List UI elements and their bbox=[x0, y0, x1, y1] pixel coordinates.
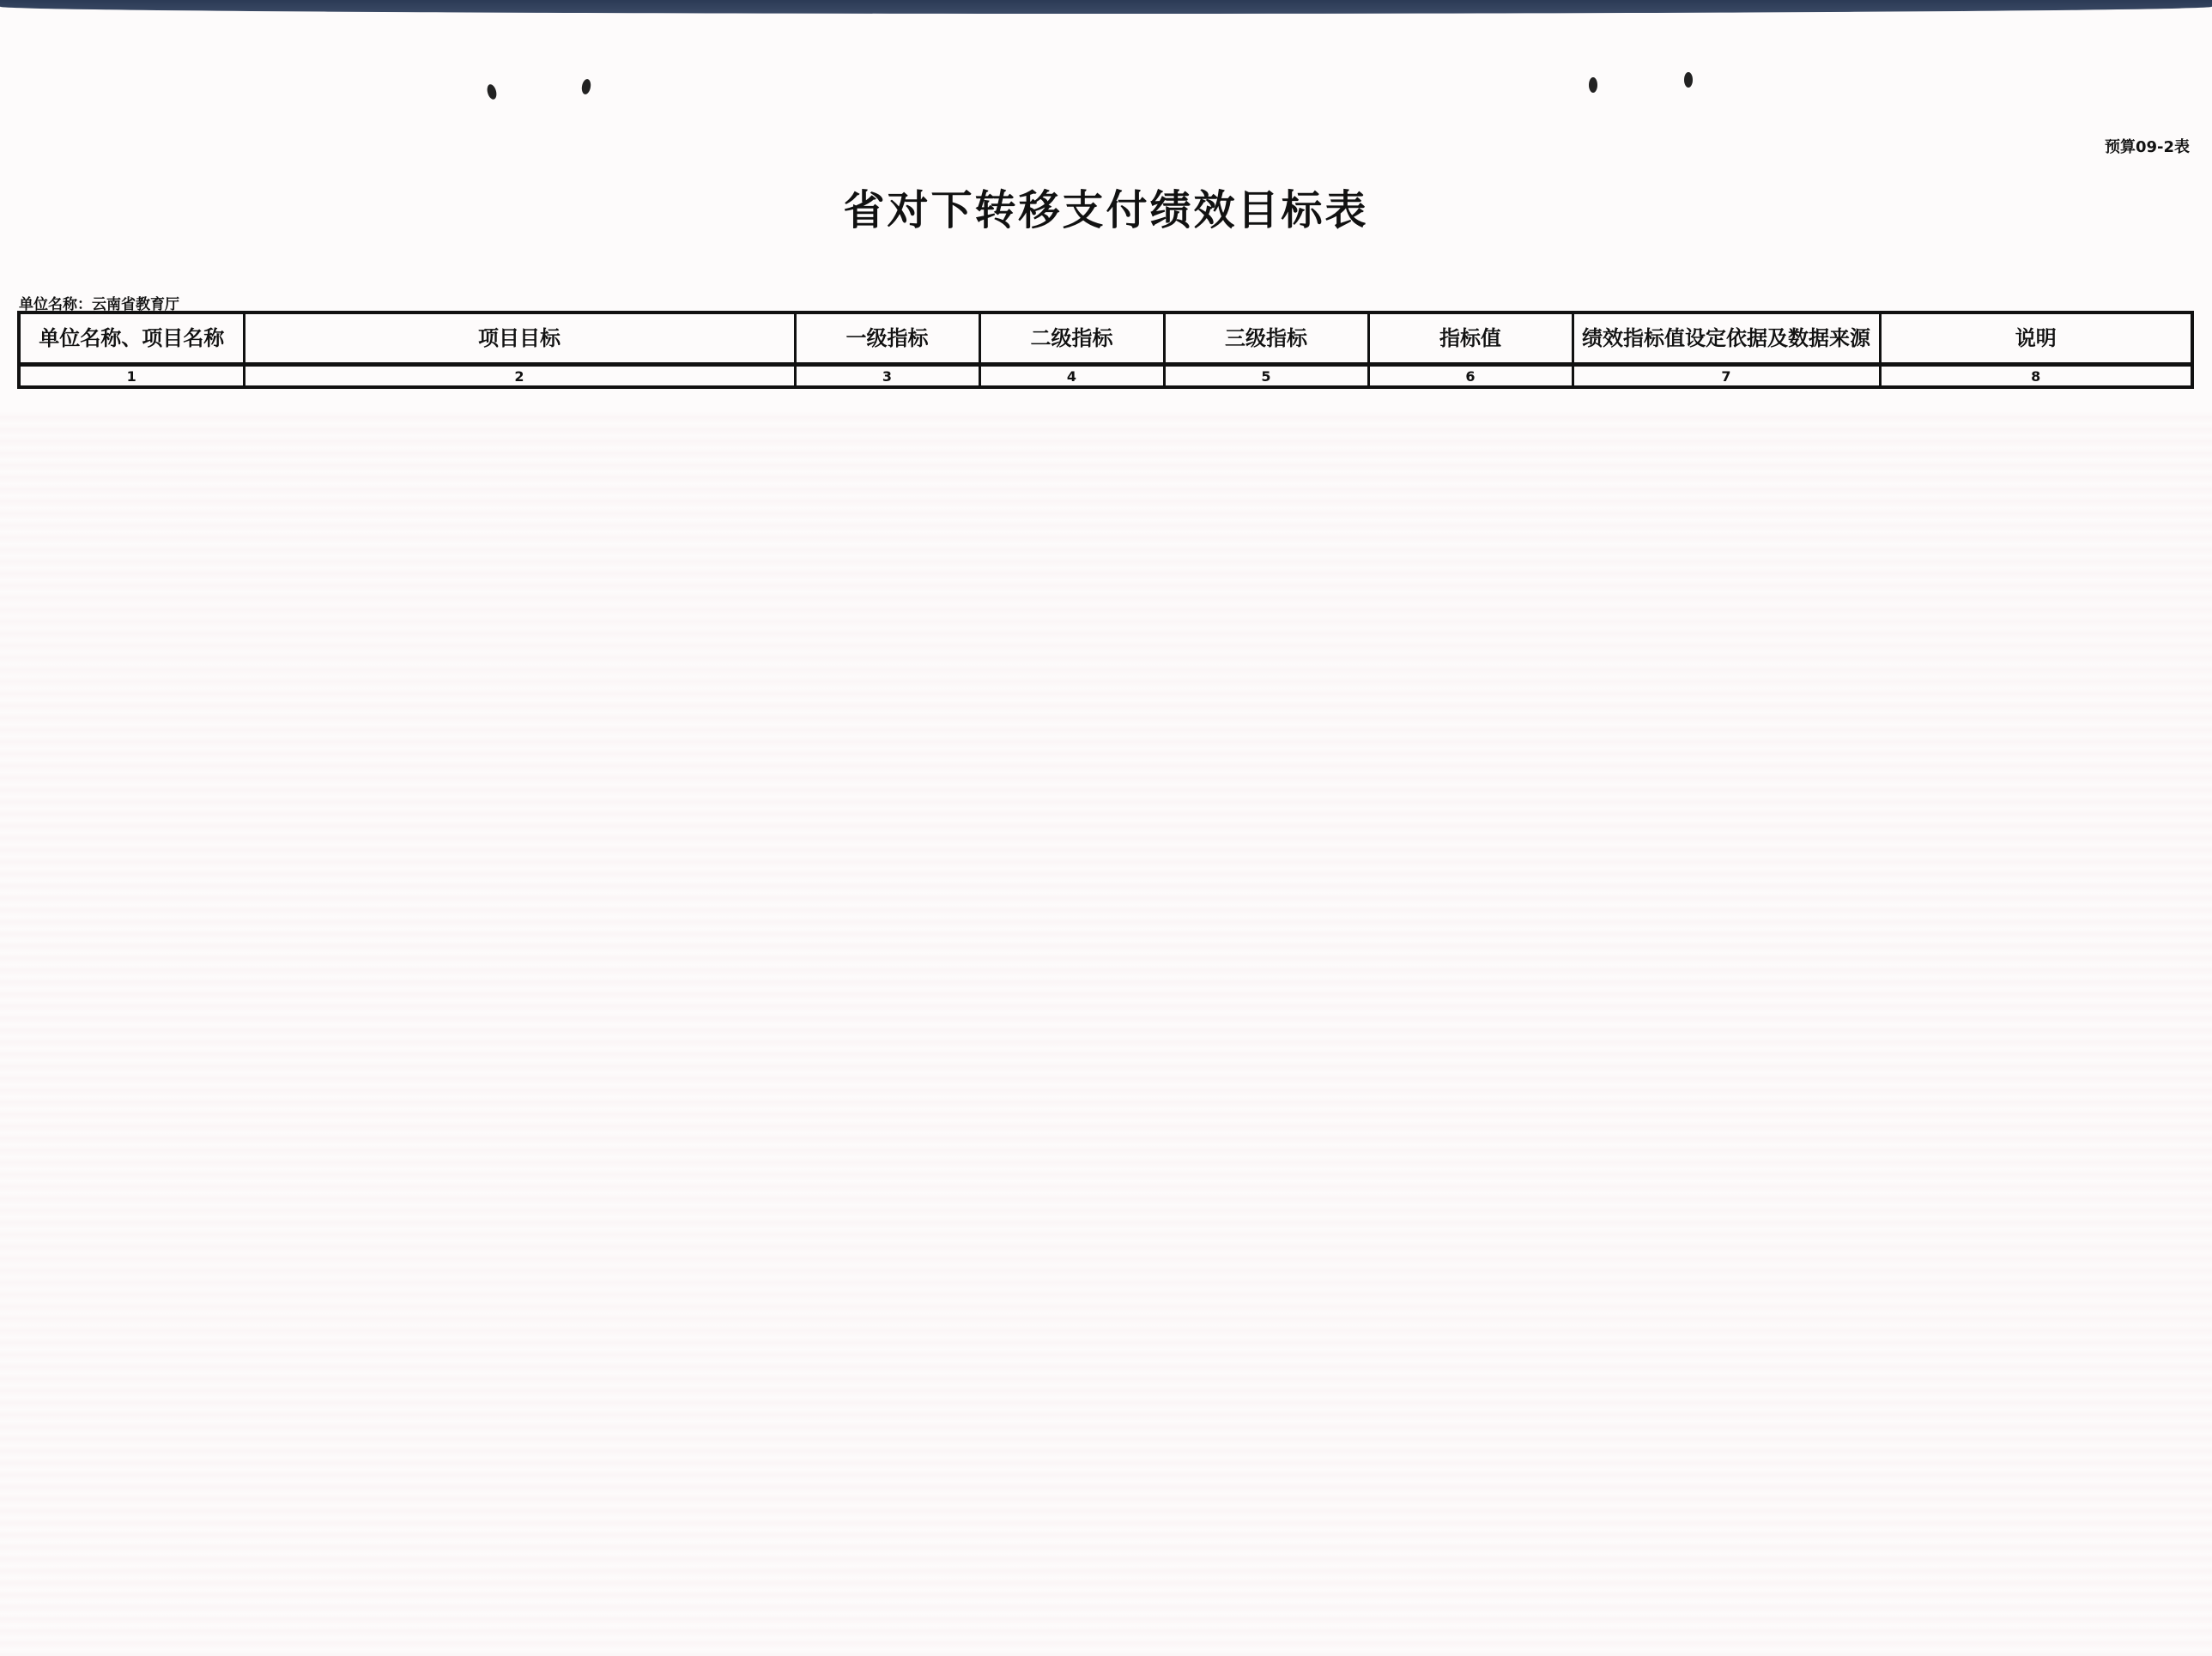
column-number: 8 bbox=[1880, 365, 2192, 388]
scanner-edge bbox=[0, 0, 2212, 14]
paper-background bbox=[0, 412, 2212, 1656]
punch-hole-mark bbox=[1684, 72, 1693, 88]
punch-hole-mark bbox=[486, 83, 498, 100]
document-title: 省对下转移支付绩效目标表 bbox=[0, 177, 2212, 236]
punch-hole-mark bbox=[581, 78, 592, 94]
column-number: 7 bbox=[1573, 365, 1880, 388]
header-level-2-indicator: 二级指标 bbox=[979, 312, 1164, 365]
column-number-row: 1 2 3 4 5 6 7 8 bbox=[19, 365, 2192, 388]
column-number: 4 bbox=[979, 365, 1164, 388]
column-number: 6 bbox=[1368, 365, 1573, 388]
column-number: 5 bbox=[1164, 365, 1368, 388]
header-unit-project-name: 单位名称、项目名称 bbox=[19, 312, 244, 365]
punch-hole-mark bbox=[1589, 77, 1597, 93]
header-project-goal: 项目目标 bbox=[244, 312, 795, 365]
column-number: 1 bbox=[19, 365, 244, 388]
header-level-1-indicator: 一级指标 bbox=[795, 312, 979, 365]
header-basis-and-source: 绩效指标值设定依据及数据来源 bbox=[1573, 312, 1880, 365]
header-indicator-value: 指标值 bbox=[1368, 312, 1573, 365]
header-row: 单位名称、项目名称 项目目标 一级指标 二级指标 三级指标 指标值 绩效指标值设… bbox=[19, 312, 2192, 365]
header-level-3-indicator: 三级指标 bbox=[1164, 312, 1368, 365]
performance-goal-table: 单位名称、项目名称 项目目标 一级指标 二级指标 三级指标 指标值 绩效指标值设… bbox=[17, 311, 2194, 389]
form-code: 预算09-2表 bbox=[2105, 135, 2190, 157]
column-number: 2 bbox=[244, 365, 795, 388]
header-notes: 说明 bbox=[1880, 312, 2192, 365]
column-number: 3 bbox=[795, 365, 979, 388]
